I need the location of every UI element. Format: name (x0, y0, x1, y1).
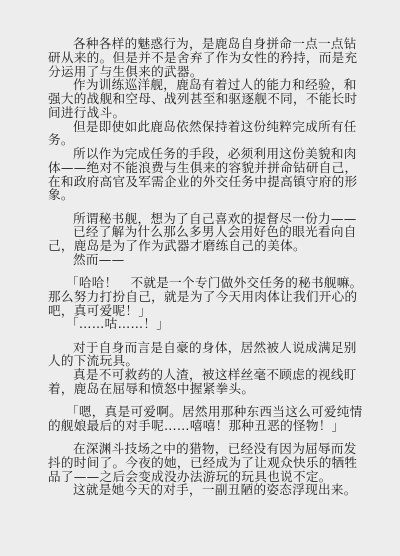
text-line: 品了——之后会变成没办法游玩的玩具也说不定。 (48, 470, 352, 484)
text-line: 「……咕……！」 (48, 317, 352, 331)
text-line: 「哈哈！ 不就是一个专门做外交任务的秘书舰嘛。 (48, 276, 352, 290)
text-line: 着，鹿岛在屈辱和愤怒中握紧拳头。 (48, 382, 352, 396)
text-line: 人的下流玩具。 (48, 354, 352, 368)
text-line: 在和政府高官及军需企业的外交任务中提高镇守府的形 (48, 175, 352, 189)
text-line: 真是不可救药的人渣，被这样丝毫不顾虑的视线盯 (48, 368, 352, 382)
text-line: 作为训练巡洋舰，鹿岛有着过人的能力和经验，和 (48, 78, 352, 92)
text-line: 研从来的。但是并不是舍弃了作为女性的矜持，而是充 (48, 51, 352, 65)
text-line: 象。 (48, 188, 352, 202)
text-line: 已经了解为什么那么多男人会用好色的眼光看向自 (48, 225, 352, 239)
document-page: 各种各样的魅惑行为，是鹿岛自身拼命一点一点钻研从来的。但是并不是舍弃了作为女性的… (48, 37, 352, 497)
text-line: 所谓秘书舰，想为了自己喜欢的提督尽一份力—— (48, 212, 352, 226)
text-line: 所以作为完成任务的手段，必须利用这份美貌和肉 (48, 147, 352, 161)
text-line: 务。 (48, 133, 352, 147)
text-line: 体——绝对不能浪费与生俱来的容貌并拼命钻研自己， (48, 161, 352, 175)
text-line: 「嗯，真是可爱啊。居然用那种东西当这么可爱纯情 (48, 405, 352, 419)
text-line: 抖的时间了。今夜的她，已经成为了让观众快乐的牺牲 (48, 456, 352, 470)
text-line: 对于自身而言是自豪的身体，居然被人说成满足别 (48, 341, 352, 355)
text-line: 吧，真可爱呢！」 (48, 304, 352, 318)
text-line: 然而—— (48, 253, 352, 267)
text-line: 间进行战斗。 (48, 106, 352, 120)
text-line: 的舰娘最后的对手呢……嘻嘻！那种丑恶的怪物！」 (48, 419, 352, 433)
text-line: 这就是她今天的对手，一副丑陋的姿态浮现出来。 (48, 483, 352, 497)
text-line: 强大的战舰和空母、战列甚至和驱逐舰不同，不能长时 (48, 92, 352, 106)
text-line: 各种各样的魅惑行为，是鹿岛自身拼命一点一点钻 (48, 37, 352, 51)
text-line: 己，鹿岛是为了作为武器才磨练自己的美体。 (48, 239, 352, 253)
text-line: 但是即使如此鹿岛依然保持着这份纯粹完成所有任 (48, 120, 352, 134)
text-line: 分运用了与生俱来的武器。 (48, 65, 352, 79)
text-line: 在深渊斗技场之中的猎物，已经没有因为屈辱而发 (48, 442, 352, 456)
text-line: 那么努力打扮自己，就是为了今天用肉体让我们开心的 (48, 290, 352, 304)
